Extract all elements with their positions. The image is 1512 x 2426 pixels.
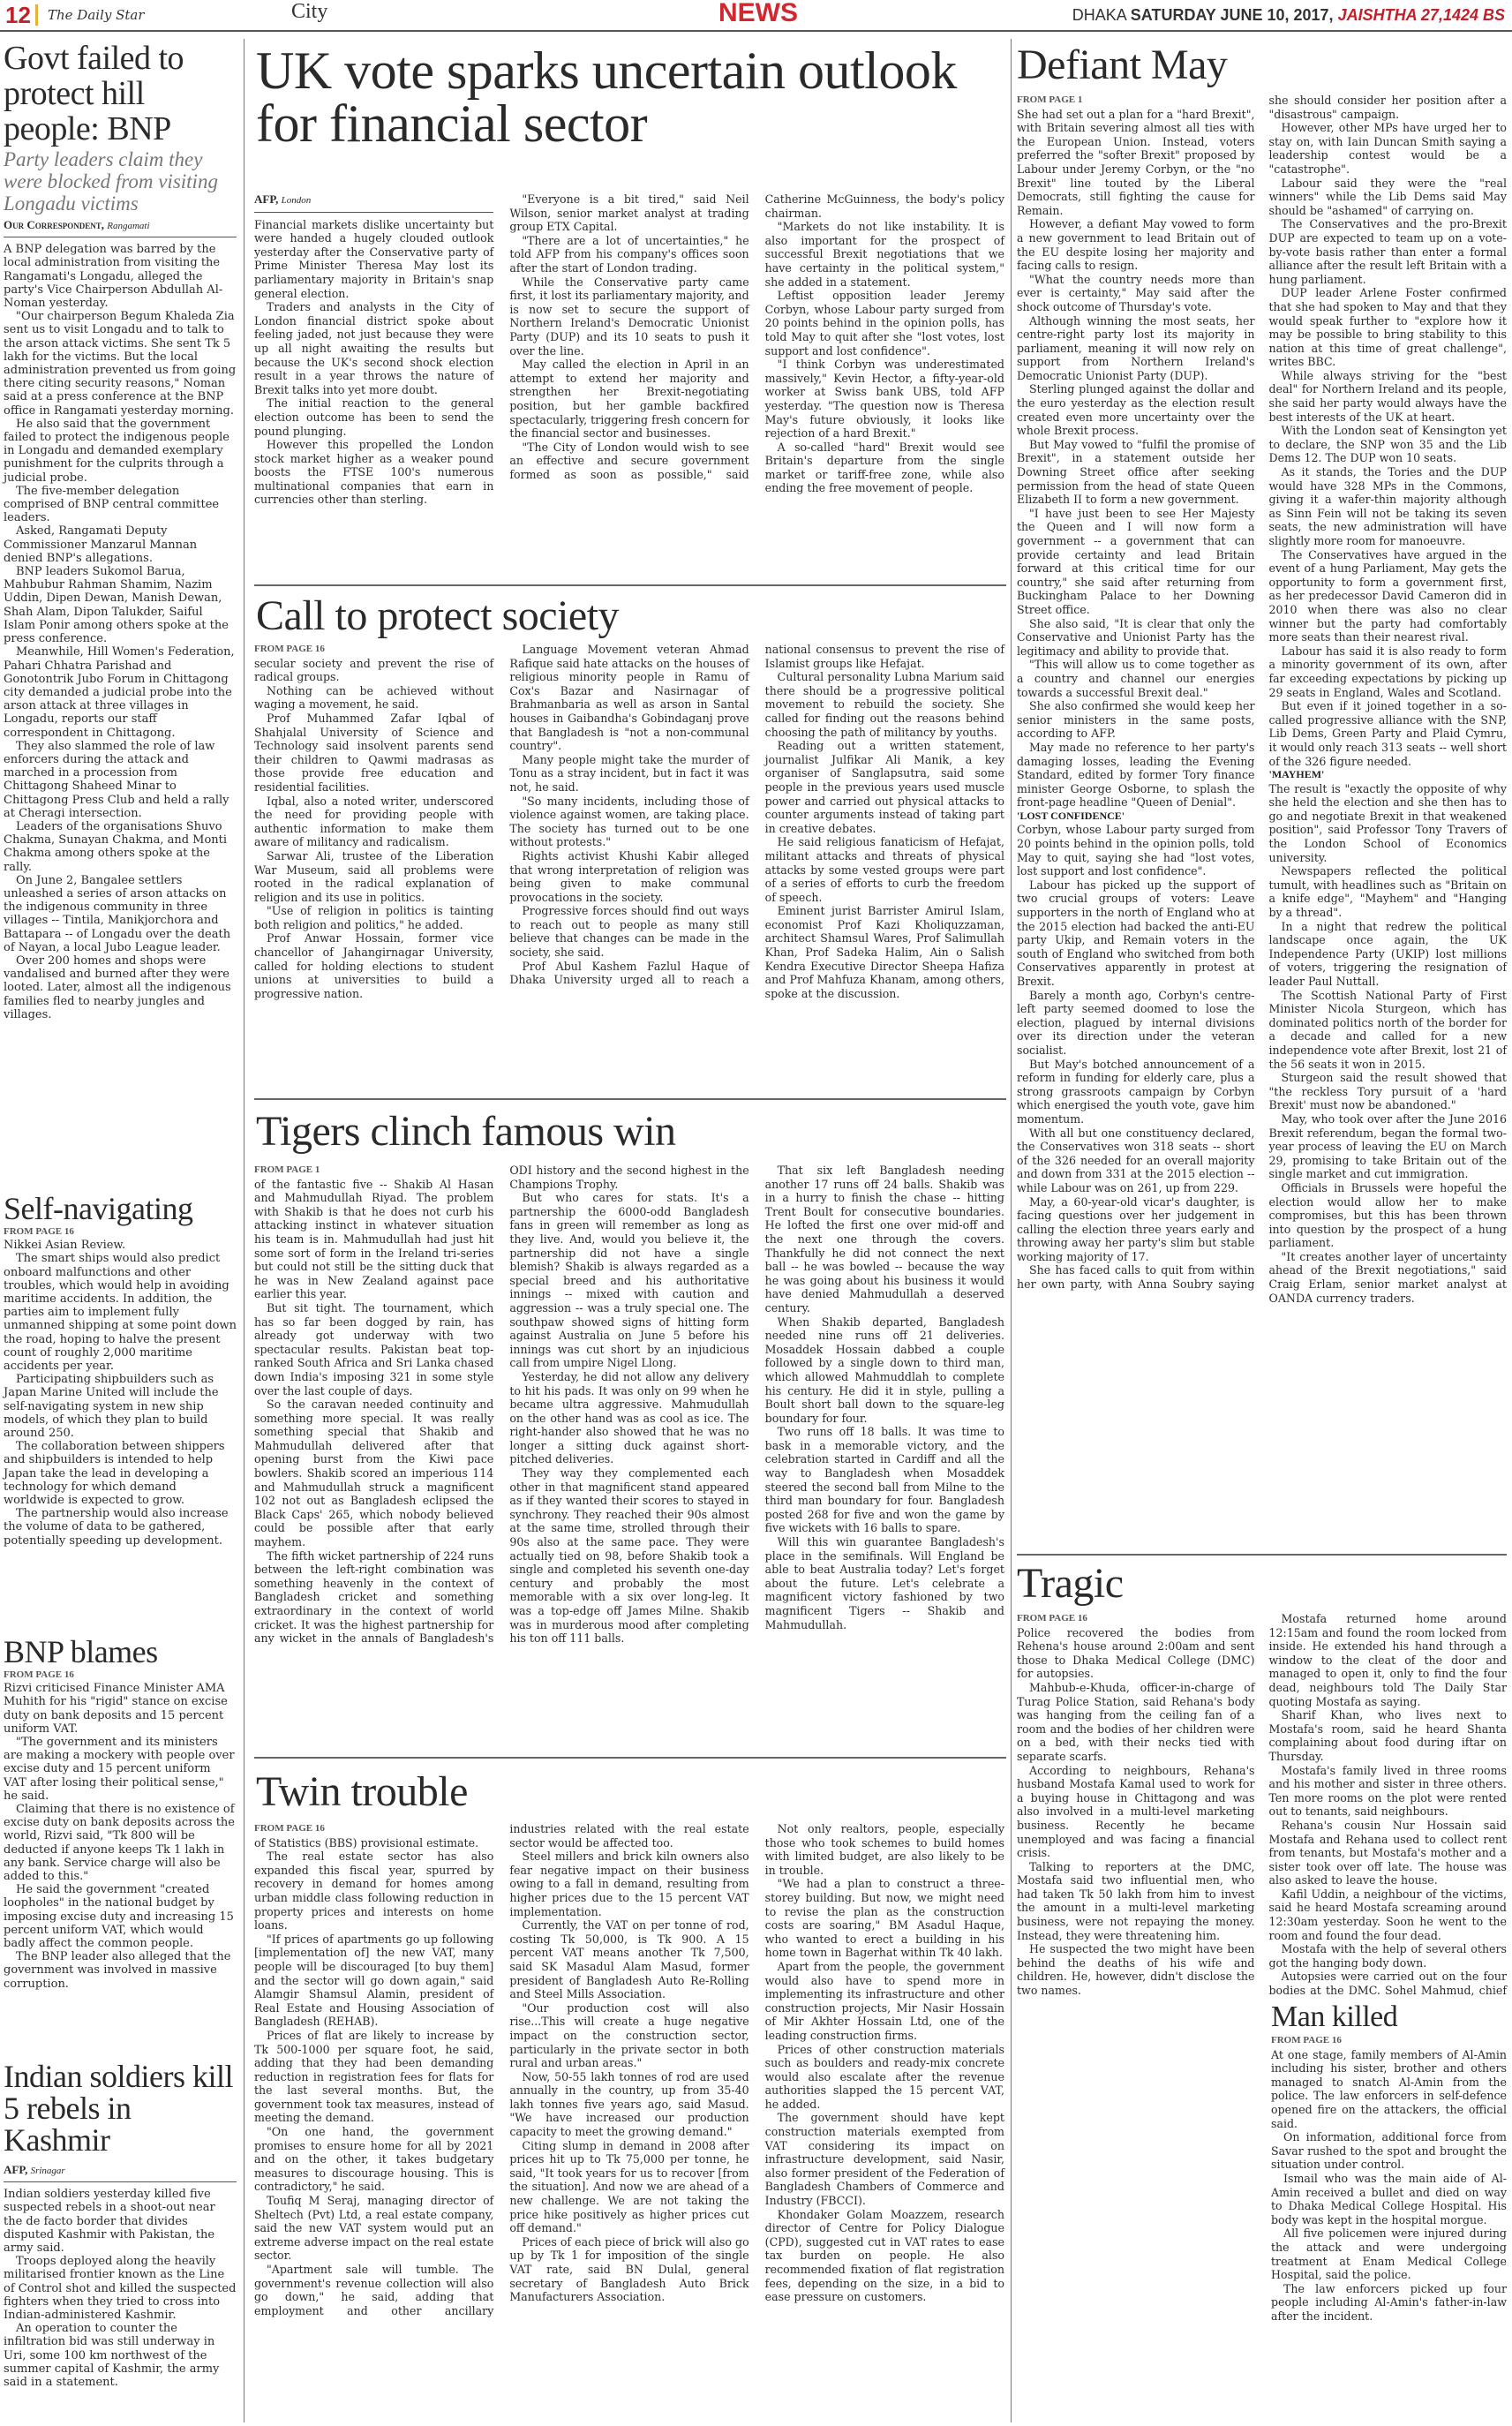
headline: BNP blames	[4, 1635, 237, 1669]
article-man-killed: Man killed FROM PAGE 16 At one stage, fa…	[1271, 2000, 1507, 2323]
column-divider	[244, 39, 244, 2422]
from-page-label: FROM PAGE 1	[1017, 94, 1255, 108]
headline: Indian soldiers kill 5 rebels in Kashmir	[4, 2061, 237, 2156]
column-divider	[1011, 39, 1012, 2422]
byline: AFP, London	[254, 192, 493, 213]
section-title: City	[291, 0, 327, 24]
dateline-date: SATURDAY JUNE 10, 2017,	[1131, 6, 1334, 24]
article-divider	[254, 584, 1006, 586]
from-page-label: FROM PAGE 16	[1271, 2034, 1507, 2048]
article-call-to-protect: FROM PAGE 16 secular society and prevent…	[254, 643, 1004, 1095]
byline: Our Correspondent, Rangamati	[4, 218, 237, 237]
page-number-divider	[35, 4, 38, 26]
from-page-label: FROM PAGE 16	[254, 1822, 493, 1836]
headline-twin-trouble: Twin trouble	[256, 1771, 468, 1814]
from-page-label: FROM PAGE 16	[4, 1669, 237, 1682]
headline-tragic: Tragic	[1017, 1563, 1124, 1606]
article-divider	[1017, 1554, 1507, 1556]
dateline: DHAKA SATURDAY JUNE 10, 2017, JAISHTHA 2…	[1072, 6, 1505, 25]
article-body: A BNP delegation was barred by the local…	[4, 243, 237, 1021]
from-page-label: FROM PAGE 16	[1017, 1612, 1255, 1626]
deck: Party leaders claim they were blocked fr…	[4, 148, 237, 215]
subhead: 'LOST CONFIDENCE'	[1017, 810, 1255, 824]
headline-call-to-protect: Call to protect society	[256, 595, 619, 638]
headline: Govt failed to protect hill people: BNP	[4, 41, 237, 147]
dateline-bangla-date: JAISHTHA 27,1424 BS	[1338, 6, 1505, 24]
subhead: 'MAYHEM'	[1269, 768, 1508, 782]
section-label: NEWS	[713, 0, 803, 26]
article-self-navigating: Self-navigating FROM PAGE 16 Nikkei Asia…	[4, 1192, 237, 1548]
article-uk-vote: AFP, London Financial markets dislike un…	[254, 192, 1004, 583]
article-indian-soldiers: Indian soldiers kill 5 rebels in Kashmir…	[4, 2061, 237, 2389]
from-page-label: FROM PAGE 16	[254, 643, 493, 657]
article-govt-failed: Govt failed to protect hill people: BNP …	[4, 41, 237, 1021]
dateline-city: DHAKA	[1072, 6, 1126, 24]
article-tragic: FROM PAGE 16 Police recovered the bodies…	[1017, 1612, 1507, 2000]
masthead: 12 The Daily Star City NEWS DHAKA SATURD…	[0, 0, 1512, 32]
article-defiant-may: FROM PAGE 1 She had set out a plan for a…	[1017, 94, 1507, 1524]
headline: Self-navigating	[4, 1192, 237, 1225]
newspaper-logo: The Daily Star	[48, 7, 145, 23]
headline-uk-vote: UK vote sparks uncertain outlook for fin…	[256, 44, 1006, 150]
article-tigers: FROM PAGE 1 of the fantastic five -- Sha…	[254, 1164, 1004, 1729]
headline-tigers: Tigers clinch famous win	[256, 1111, 676, 1154]
from-page-label: FROM PAGE 16	[4, 1225, 237, 1239]
article-divider	[254, 1098, 1006, 1100]
headline-defiant-may: Defiant May	[1017, 44, 1227, 87]
page-number: 12	[5, 2, 31, 29]
byline: AFP, Srinagar	[4, 2163, 237, 2182]
from-page-label: FROM PAGE 1	[254, 1164, 493, 1178]
headline: Man killed	[1271, 2000, 1507, 2034]
article-bnp-blames: BNP blames FROM PAGE 16 Rizvi criticised…	[4, 1635, 237, 1991]
article-twin-trouble: FROM PAGE 16 of Statistics (BBS) provisi…	[254, 1822, 1004, 2422]
article-divider	[254, 1757, 1006, 1759]
